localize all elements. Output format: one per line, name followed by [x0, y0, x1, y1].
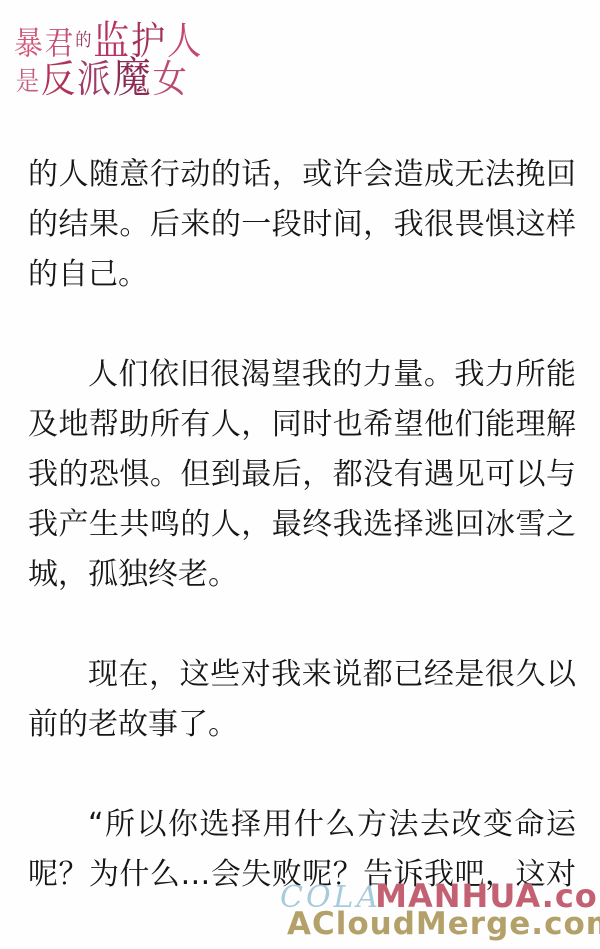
logo-char: 是	[16, 69, 41, 96]
text-line: 的自己。	[28, 250, 576, 300]
logo-char: 反	[41, 60, 77, 100]
text-line: 前的老故事了。	[28, 700, 576, 750]
logo-char: 的	[75, 32, 93, 51]
paragraph-2: 人们依旧很渴望我的力量。我力所能 及地帮助所有人，同时也希望他们能理解 我的恐惧…	[28, 350, 576, 600]
paragraph-1: 的人随意行动的话，或许会造成无法挽回 的结果。后来的一段时间，我很畏惧这样 的自…	[28, 150, 576, 300]
logo-char: 派	[77, 60, 113, 100]
text-line: 的结果。后来的一段时间，我很畏惧这样	[28, 200, 576, 250]
watermark-acloudmerge: ACloudMerge.com	[287, 909, 600, 940]
text-line: 我产生共鸣的人，最终我选择逃回冰雪之	[28, 500, 576, 550]
text-line: 现在，这些对我来说都已经是很久以	[28, 650, 576, 700]
text-line: 的人随意行动的话，或许会造成无法挽回	[28, 150, 576, 200]
text-line: 我的恐惧。但到最后，都没有遇见可以与	[28, 450, 576, 500]
series-logo-line-2: 是反派魔女	[16, 56, 203, 100]
body-text: 的人随意行动的话，或许会造成无法挽回 的结果。后来的一段时间，我很畏惧这样 的自…	[28, 150, 576, 949]
text-line: 及地帮助所有人，同时也希望他们能理解	[28, 400, 576, 450]
text-line: “所以你选择用什么方法去改变命运	[28, 800, 576, 850]
paragraph-3: 现在，这些对我来说都已经是很久以 前的老故事了。	[28, 650, 576, 750]
text-line: 城，孤独终老。	[28, 550, 576, 600]
comic-page: 暴君的监护人 是反派魔女 的人随意行动的话，或许会造成无法挽回 的结果。后来的一…	[0, 0, 600, 949]
text-line: 人们依旧很渴望我的力量。我力所能	[28, 350, 576, 400]
logo-char: 魔	[113, 56, 153, 100]
logo-char: 女	[153, 60, 189, 100]
series-logo: 暴君的监护人 是反派魔女	[14, 20, 203, 100]
